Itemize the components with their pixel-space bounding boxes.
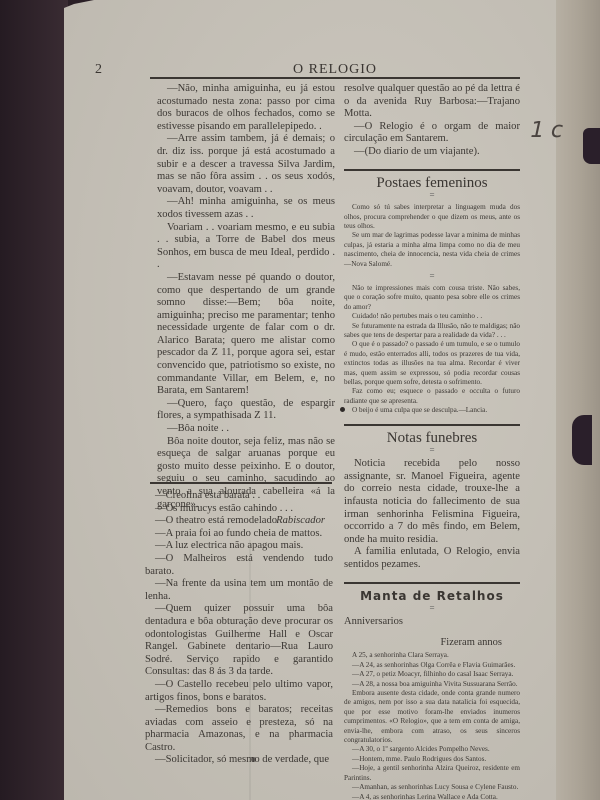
paragraph: Cuidado! não pertubes mais o teu caminho… <box>344 312 520 321</box>
paragraph: Se um mar de lagrimas podesse lavar a mi… <box>344 231 520 269</box>
subheading: Anniversarios <box>344 616 520 629</box>
paper-tear <box>572 415 592 465</box>
page-number: 2 <box>95 62 102 78</box>
birthday-item: —Hoje, a gentil senhorinha Alzira Queiro… <box>344 764 520 783</box>
note-item: —O Malheiros está vendendo tudo barato. <box>145 553 333 578</box>
note-item: —Na frente da usina tem um montão de len… <box>145 578 333 603</box>
section-title: Manta de Retalhos <box>344 590 520 603</box>
paragraph: resolve qualquer questão ao pé da lettra… <box>344 83 520 121</box>
birthday-item: A 25, a senhorinha Clara Serraya. <box>344 651 520 660</box>
birthday-item: —Amanhan, as senhorinhas Lucy Sousa e Cy… <box>344 783 520 792</box>
paragraph: —Não, minha amiguinha, eu já estou acost… <box>157 83 335 133</box>
birthday-item: —A 4, as senhorinhas Lerina Wallace e Ad… <box>344 793 520 800</box>
section-title: Postaes femeninos <box>344 177 520 190</box>
paragraph: Como só tú sabes interpretar a linguagem… <box>344 203 520 231</box>
paragraph: —Ah! minha amiguinha, se os meus xodos t… <box>157 196 335 221</box>
birthday-item: —A 27, o petiz Moacyr, filhinho do casal… <box>344 670 520 679</box>
newspaper-title: O RELOGIO <box>293 62 377 78</box>
header-rule <box>150 77 520 79</box>
note-item: —A luz electrica não apagou mais. <box>145 540 333 553</box>
note-item: —O theatro está remodelado . . <box>145 515 333 528</box>
note-item: —A praia foi ao fundo cheia de mattos. <box>145 528 333 541</box>
right-column: resolve qualquer questão ao pé da lettra… <box>344 83 520 800</box>
divider-mark: = <box>344 191 520 199</box>
section-notas-funebres: Notas funebres = Noticia recebida pelo n… <box>344 432 520 572</box>
paragraph: —Arre assim tambem, já é demais; o dr. d… <box>157 133 335 196</box>
paragraph: —O Relogio é o orgam de maior circulação… <box>344 121 520 146</box>
paragraph: Não te impressiones mais com cousa trist… <box>344 284 520 312</box>
divider-mark: = <box>344 446 520 454</box>
section-rule <box>344 582 520 584</box>
paragraph: A familia enlutada, O Relogio, envia sen… <box>344 546 520 571</box>
birthday-item: —A 28, a nossa boa amiguinha Vivita Suss… <box>344 680 520 689</box>
ink-spot <box>251 757 256 762</box>
paragraph: —Estavam nesse pé quando o doutor, como … <box>157 272 335 398</box>
section-postaes-femeninos: Postaes femeninos = Como só tú sabes int… <box>344 177 520 416</box>
section-rule <box>344 169 520 171</box>
ink-spot <box>340 407 345 412</box>
paragraph: —Bôa noite . . <box>157 423 335 436</box>
note-item: —Creolina está barata . . <box>145 490 333 503</box>
page-header: 2 O RELOGIO <box>95 62 500 78</box>
note-item: —Quem quizer possuir uma bôa dentadura e… <box>145 603 333 679</box>
note-item: —Solicitador, só mesmo de verdade, que <box>145 754 333 767</box>
left-column-notes: —Creolina está barata . . —Os murucys es… <box>145 490 333 767</box>
paper-tear <box>583 128 600 164</box>
birthday-item: —A 30, o 1º sargento Alcides Pompelho Ne… <box>344 745 520 754</box>
paragraph: —(Do diario de um viajante). <box>344 146 520 159</box>
paragraph: Faz como eu; esquece o passado e occulta… <box>344 387 520 406</box>
divider-mark: = <box>344 272 520 280</box>
section-manta-de-retalhos: Manta de Retalhos = Anniversarios Fizera… <box>344 590 520 800</box>
note-item: —O Castello recebeu pelo ultimo vapor, a… <box>145 679 333 704</box>
birthday-item: —A 24, as senhorinhas Olga Corrêa e Flav… <box>344 661 520 670</box>
note-item: —Os murucys estão cahindo . . . <box>145 503 333 516</box>
divider-mark: = <box>344 604 520 612</box>
column-rule <box>150 482 332 484</box>
birthday-item: —Hontem, mme. Paulo Rodrigues dos Santos… <box>344 755 520 764</box>
left-column-article: —Não, minha amiguinha, eu já estou acost… <box>157 83 335 528</box>
paragraph: Noticia recebida pelo nosso assignante, … <box>344 458 520 546</box>
handwritten-margin-mark: 1 c <box>527 118 565 143</box>
dark-background <box>0 0 68 800</box>
note-item: —Remedios bons e baratos; receitas aviad… <box>145 704 333 754</box>
paragraph: O que é o passado? o passado é um tumulo… <box>344 340 520 387</box>
paragraph: —Quero, faço questão, de espargir flores… <box>157 398 335 423</box>
paragraph: O beijo é uma culpa que se desculpa.—Lan… <box>344 406 520 415</box>
paragraph: Se futuramente na estrada da Illusão, nã… <box>344 322 520 341</box>
birthday-item: Embora ausente desta cidade, onde conta … <box>344 689 520 745</box>
section-title: Notas funebres <box>344 432 520 445</box>
section-rule <box>344 424 520 426</box>
subheading: Fizeram annos <box>344 637 520 650</box>
paragraph: Voariam . . voariam mesmo, e eu subia . … <box>157 222 335 272</box>
